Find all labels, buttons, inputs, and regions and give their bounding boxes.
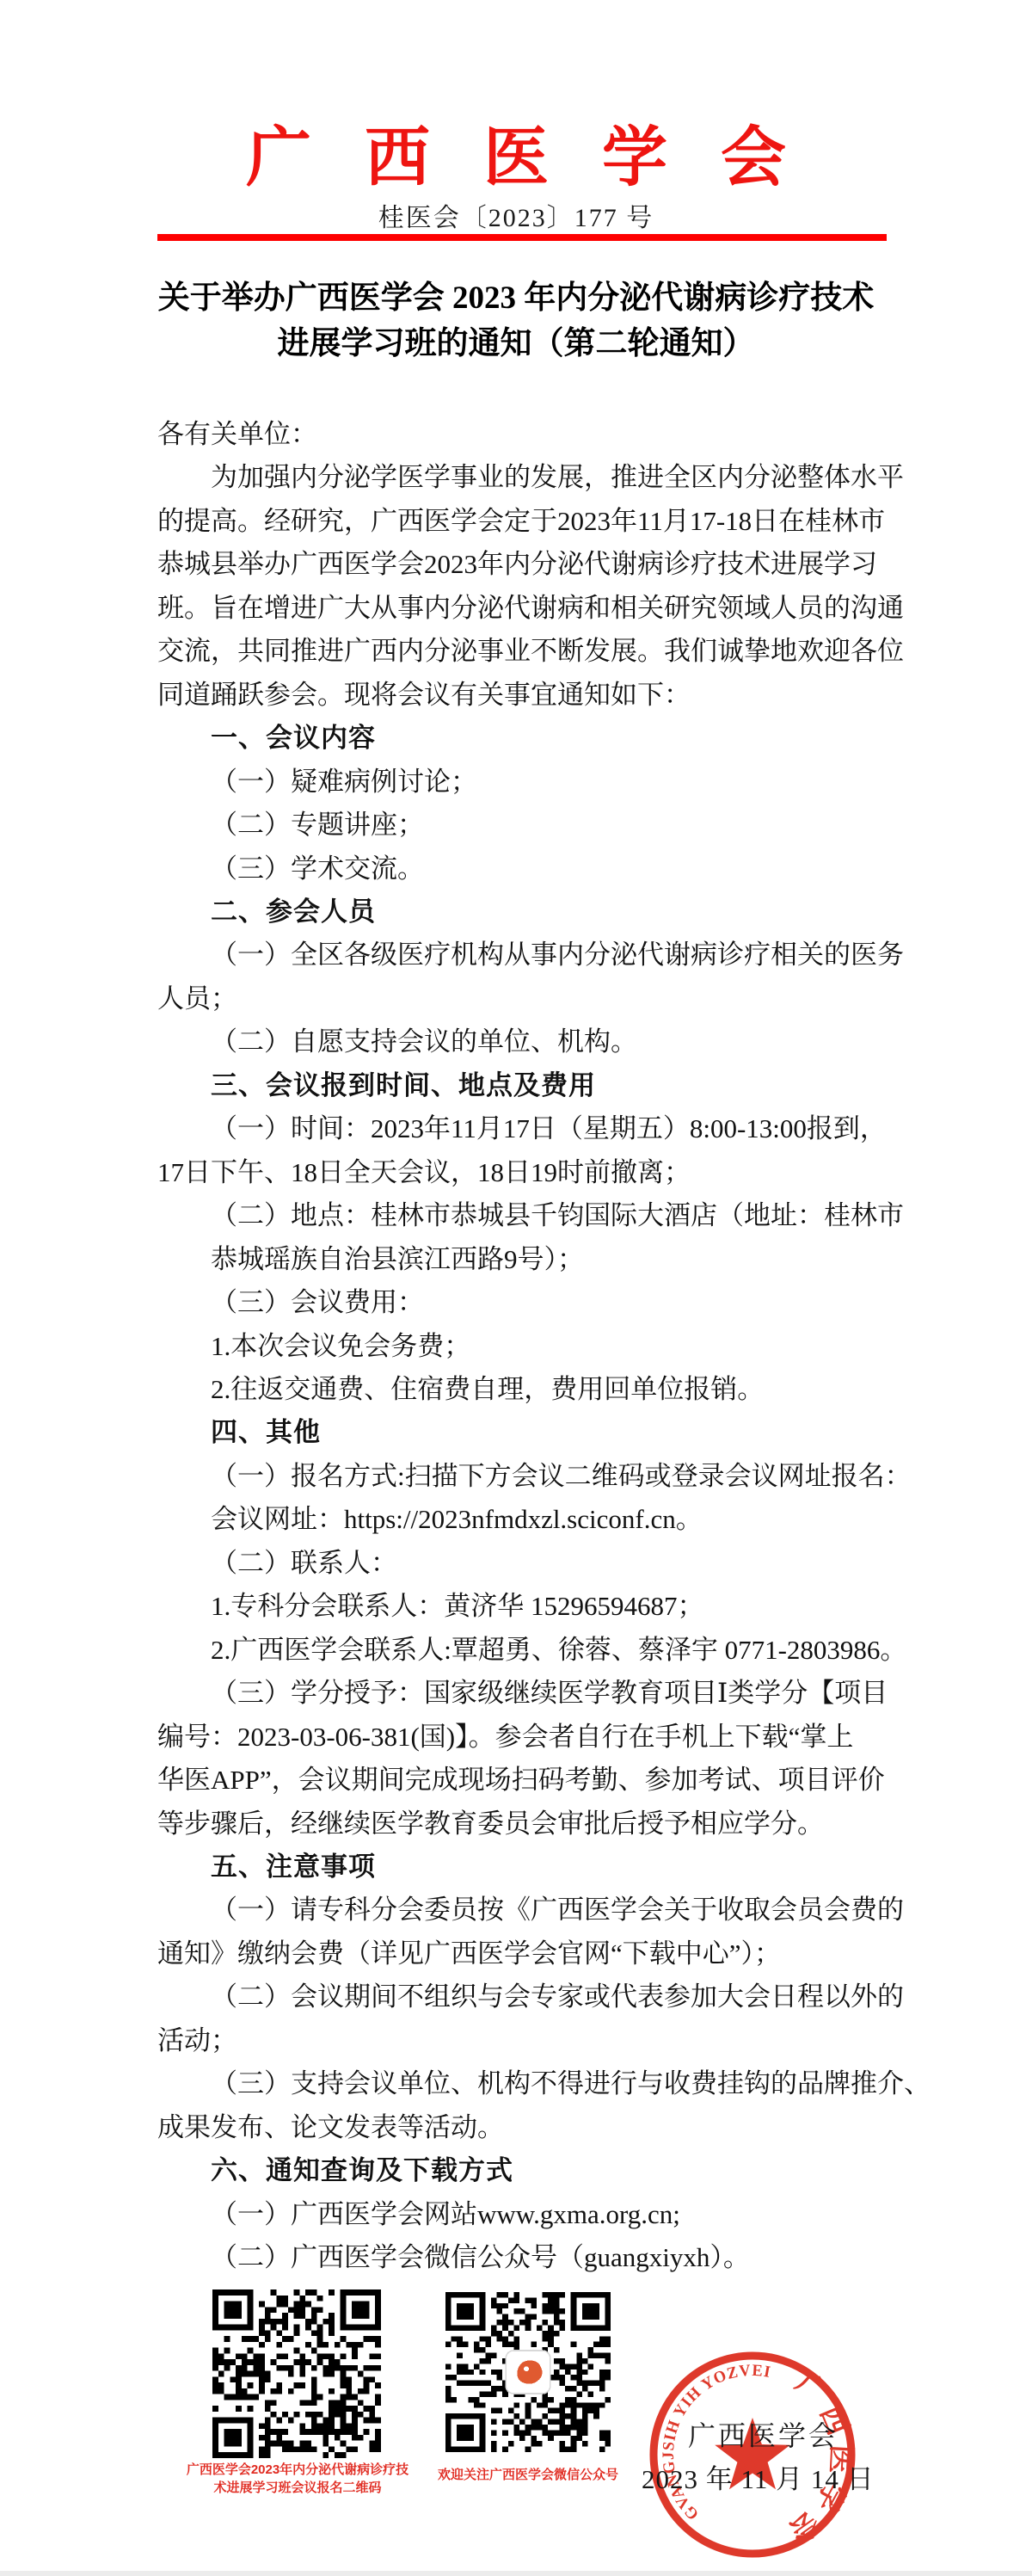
body-line: 四、其他	[157, 1411, 888, 1454]
body-line: 2.广西医学会联系人:覃超勇、徐蓉、蔡泽宇 0771-2803986。	[157, 1629, 888, 1672]
body-line: （二）会议期间不组织与会专家或代表参加大会日程以外的	[157, 1975, 888, 2018]
body-line: 的提高。经研究，广西医学会定于2023年11月17-18日在桂林市	[157, 500, 888, 543]
body-line: 恭城县举办广西医学会2023年内分泌代谢病诊疗技术进展学习	[157, 543, 888, 586]
body-line: 会议网址：https://2023nfmdxzl.sciconf.cn。	[157, 1498, 888, 1541]
body-line: 17日下午、18日全天会议，18日19时前撤离；	[157, 1151, 888, 1194]
body-line: 成果发布、论文发表等活动。	[157, 2106, 888, 2149]
qr-wechat-code	[445, 2292, 611, 2452]
body-line: 1.专科分会联系人：黄济华 15296594687；	[157, 1585, 888, 1628]
body-line: 三、会议报到时间、地点及费用	[157, 1064, 888, 1107]
body-line: （三）会议费用：	[157, 1281, 888, 1324]
qr-registration-caption: 广西医学会2023年内分泌代谢病诊疗技 术进展学习班会议报名二维码	[185, 2461, 410, 2497]
body-line: 恭城瑶族自治县滨江西路9号）；	[157, 1238, 888, 1281]
signature-date: 2023 年 11 月 14 日	[642, 2457, 875, 2496]
body-line: （三）学分授予：国家级继续医学教育项目Ⅰ类学分【项目	[157, 1672, 888, 1715]
notice-title: 关于举办广西医学会 2023 年内分泌代谢病诊疗技术 进展学习班的通知（第二轮通…	[0, 275, 1032, 367]
body-line: 交流，共同推进广西内分泌事业不断发展。我们诚挚地欢迎各位	[157, 630, 888, 673]
body-line: （一）广西医学会网站www.gxma.org.cn;	[157, 2193, 888, 2236]
body-line: （二）自愿支持会议的单位、机构。	[157, 1020, 888, 1063]
body-line: 一、会议内容	[157, 717, 888, 760]
body-line: （三）支持会议单位、机构不得进行与收费挂钩的品牌推介、	[157, 2062, 888, 2105]
qr-wechat-caption: 欢迎关注广西医学会微信公众号	[433, 2466, 623, 2484]
page: 广西医学会 桂医会〔2023〕177 号 关于举办广西医学会 2023 年内分泌…	[0, 0, 1032, 2576]
body-line: 为加强内分泌学医学事业的发展，推进全区内分泌整体水平	[157, 456, 888, 499]
body-line: 编号：2023-03-06-381(国)】。参会者自行在手机上下载“掌上	[157, 1716, 888, 1759]
body-line: （一）时间：2023年11月17日（星期五）8:00-13:00报到，	[157, 1107, 888, 1150]
signature-org: 广西医学会	[688, 2414, 838, 2454]
body-line: （一）报名方式:扫描下方会议二维码或登录会议网址报名：	[157, 1455, 888, 1498]
body-line: （二）广西医学会微信公众号（guangxiyxh）。	[157, 2236, 888, 2279]
body-line: （二）联系人：	[157, 1542, 888, 1585]
notice-title-line1: 关于举办广西医学会 2023 年内分泌代谢病诊疗技术	[0, 275, 1032, 321]
letterhead-org-name: 广西医学会	[0, 105, 1032, 199]
body-line: 1.本次会议免会务费；	[157, 1325, 888, 1368]
body-line: （二）专题讲座；	[157, 804, 888, 847]
body-line: （二）地点：桂林市恭城县千钧国际大酒店（地址：桂林市	[157, 1194, 888, 1237]
official-seal: GVANGJSIH YIH YOZVEI 广西医学会	[645, 2347, 860, 2562]
body-line: （一）请专科分会委员按《广西医学会关于收取会员会费的	[157, 1889, 888, 1932]
body-line: 等步骤后，经继续医学教育委员会审批后授予相应学分。	[157, 1803, 888, 1846]
body-line: 二、参会人员	[157, 891, 888, 934]
body-line: 活动；	[157, 2019, 888, 2062]
body-line: 华医APP”，会议期间完成现场扫码考勤、参加考试、项目评价	[157, 1759, 888, 1802]
body-line: （一）全区各级医疗机构从事内分泌代谢病诊疗相关的医务	[157, 934, 888, 977]
body-line: （三）学术交流。	[157, 847, 888, 891]
body-line: 班。旨在增进广大从事内分泌代谢病和相关研究领域人员的沟通	[157, 587, 888, 630]
body-line: 五、注意事项	[157, 1846, 888, 1889]
body-line: 六、通知查询及下载方式	[157, 2149, 888, 2192]
doc-number: 桂医会〔2023〕177 号	[0, 196, 1032, 234]
body-line: 人员；	[157, 977, 888, 1020]
red-rule-divider	[157, 234, 887, 241]
qr-registration-code	[212, 2289, 381, 2458]
body-line: 2.往返交通费、住宿费自理，费用回单位报销。	[157, 1368, 888, 1411]
body-line: 各有关单位：	[157, 413, 888, 456]
body-line: 同道踊跃参会。现将会议有关事宜通知如下：	[157, 674, 888, 717]
body-text: 各有关单位：为加强内分泌学医学事业的发展，推进全区内分泌整体水平的提高。经研究，…	[157, 413, 888, 2279]
scan-bottom-edge	[0, 2571, 1032, 2576]
body-line: 通知》缴纳会费（详见广西医学会官网“下载中心”）；	[157, 1932, 888, 1975]
wechat-logo-icon	[506, 2351, 550, 2394]
notice-title-line2: 进展学习班的通知（第二轮通知）	[0, 321, 1032, 367]
body-line: （一）疑难病例讨论；	[157, 761, 888, 804]
